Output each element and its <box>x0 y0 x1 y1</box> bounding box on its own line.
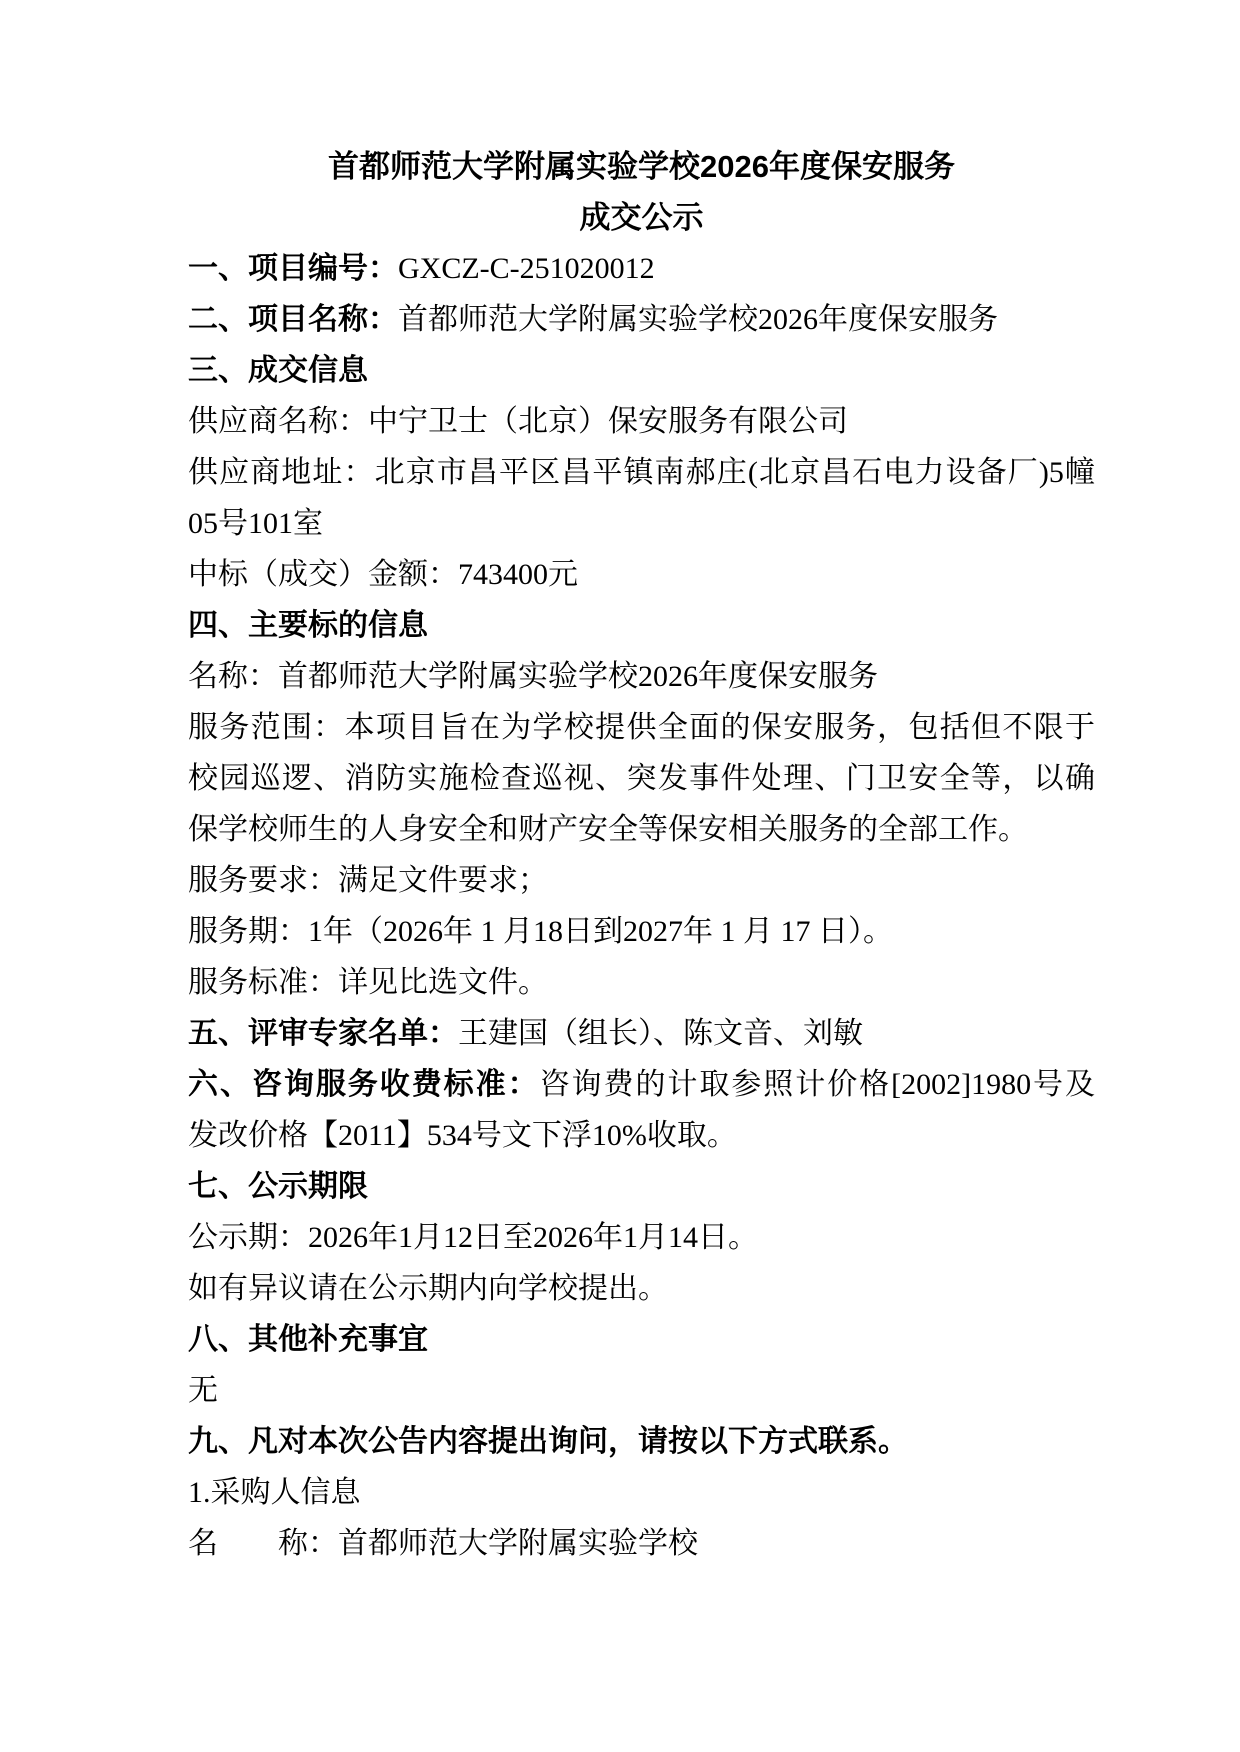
doc-line-21: 如有异议请在公示期内向学校提出。 <box>188 1263 1095 1314</box>
line-text: 如有异议请在公示期内向学校提出。 <box>188 1272 668 1305</box>
doc-line-24: 九、凡对本次公告内容提出询问，请按以下方式联系。 <box>188 1416 1095 1467</box>
doc-line-19: 七、公示期限 <box>188 1161 1095 1212</box>
line-heading: 三、成交信息 <box>188 354 368 387</box>
doc-line-8: 四、主要标的信息 <box>188 600 1095 651</box>
line-heading: 五、评审专家名单： <box>188 1017 458 1050</box>
doc-line-7: 中标（成交）金额：743400元 <box>188 549 1095 600</box>
document-content: 首都师范大学附属实验学校2026年度保安服务 成交公示 一、项目编号：GXCZ-… <box>188 141 1095 1569</box>
line-text: 发改价格【2011】534号文下浮10%收取。 <box>188 1119 737 1152</box>
line-heading: 一、项目编号： <box>188 252 398 285</box>
line-heading: 七、公示期限 <box>188 1170 368 1203</box>
line-heading: 六、咨询服务收费标准： <box>188 1068 540 1101</box>
doc-line-17: 六、咨询服务收费标准：咨询费的计取参照计价格[2002]1980号及 <box>188 1059 1095 1110</box>
document-title: 首都师范大学附属实验学校2026年度保安服务 <box>188 141 1095 192</box>
line-text: 无 <box>188 1374 218 1407</box>
line-text: 保学校师生的人身安全和财产安全等保安相关服务的全部工作。 <box>188 813 1028 846</box>
doc-line-15: 服务标准：详见比选文件。 <box>188 957 1095 1008</box>
document-page: 首都师范大学附属实验学校2026年度保安服务 成交公示 一、项目编号：GXCZ-… <box>0 0 1240 1752</box>
line-text: 1.采购人信息 <box>188 1476 361 1509</box>
doc-line-25: 1.采购人信息 <box>188 1467 1095 1518</box>
line-text: 供应商名称：中宁卫士（北京）保安服务有限公司 <box>188 405 848 438</box>
line-text: 咨询费的计取参照计价格[2002]1980号及 <box>540 1068 1095 1101</box>
doc-line-10: 服务范围：本项目旨在为学校提供全面的保安服务，包括但不限于 <box>188 702 1095 753</box>
line-heading: 二、项目名称： <box>188 303 398 336</box>
line-text: 王建国（组长）、陈文音、刘敏 <box>458 1017 863 1050</box>
line-heading: 八、其他补充事宜 <box>188 1323 428 1356</box>
line-text: 校园巡逻、消防实施检查巡视、突发事件处理、门卫安全等，以确 <box>188 762 1095 795</box>
doc-line-1: 一、项目编号：GXCZ-C-251020012 <box>188 243 1095 294</box>
line-text: 公示期：2026年1月12日至2026年1月14日。 <box>188 1221 758 1254</box>
line-text: 05号101室 <box>188 507 323 540</box>
doc-line-12: 保学校师生的人身安全和财产安全等保安相关服务的全部工作。 <box>188 804 1095 855</box>
line-text: 中标（成交）金额：743400元 <box>188 558 578 591</box>
line-text: 服务要求：满足文件要求； <box>188 864 548 897</box>
doc-line-2: 二、项目名称：首都师范大学附属实验学校2026年度保安服务 <box>188 294 1095 345</box>
doc-line-23: 无 <box>188 1365 1095 1416</box>
document-body: 一、项目编号：GXCZ-C-251020012二、项目名称：首都师范大学附属实验… <box>188 243 1095 1569</box>
doc-line-26: 名 称：首都师范大学附属实验学校 <box>188 1518 1095 1569</box>
line-text: GXCZ-C-251020012 <box>398 252 655 285</box>
doc-line-6: 05号101室 <box>188 498 1095 549</box>
doc-line-3: 三、成交信息 <box>188 345 1095 396</box>
doc-line-5: 供应商地址：北京市昌平区昌平镇南郝庄(北京昌石电力设备厂)5幢 <box>188 447 1095 498</box>
line-heading: 四、主要标的信息 <box>188 609 428 642</box>
line-text: 名 称：首都师范大学附属实验学校 <box>188 1527 698 1560</box>
line-text: 供应商地址：北京市昌平区昌平镇南郝庄(北京昌石电力设备厂)5幢 <box>188 456 1095 489</box>
line-text: 服务范围：本项目旨在为学校提供全面的保安服务，包括但不限于 <box>188 711 1095 744</box>
line-text: 名称：首都师范大学附属实验学校2026年度保安服务 <box>188 660 878 693</box>
line-text: 服务标准：详见比选文件。 <box>188 966 548 999</box>
doc-line-14: 服务期：1年（2026年 1 月18日到2027年 1 月 17 日）。 <box>188 906 1095 957</box>
doc-line-16: 五、评审专家名单：王建国（组长）、陈文音、刘敏 <box>188 1008 1095 1059</box>
doc-line-22: 八、其他补充事宜 <box>188 1314 1095 1365</box>
doc-line-20: 公示期：2026年1月12日至2026年1月14日。 <box>188 1212 1095 1263</box>
doc-line-9: 名称：首都师范大学附属实验学校2026年度保安服务 <box>188 651 1095 702</box>
line-text: 首都师范大学附属实验学校2026年度保安服务 <box>398 303 998 336</box>
doc-line-13: 服务要求：满足文件要求； <box>188 855 1095 906</box>
line-heading: 九、凡对本次公告内容提出询问，请按以下方式联系。 <box>188 1425 908 1458</box>
doc-line-18: 发改价格【2011】534号文下浮10%收取。 <box>188 1110 1095 1161</box>
doc-line-11: 校园巡逻、消防实施检查巡视、突发事件处理、门卫安全等，以确 <box>188 753 1095 804</box>
doc-line-4: 供应商名称：中宁卫士（北京）保安服务有限公司 <box>188 396 1095 447</box>
document-subtitle: 成交公示 <box>188 192 1095 243</box>
line-text: 服务期：1年（2026年 1 月18日到2027年 1 月 17 日）。 <box>188 915 893 948</box>
